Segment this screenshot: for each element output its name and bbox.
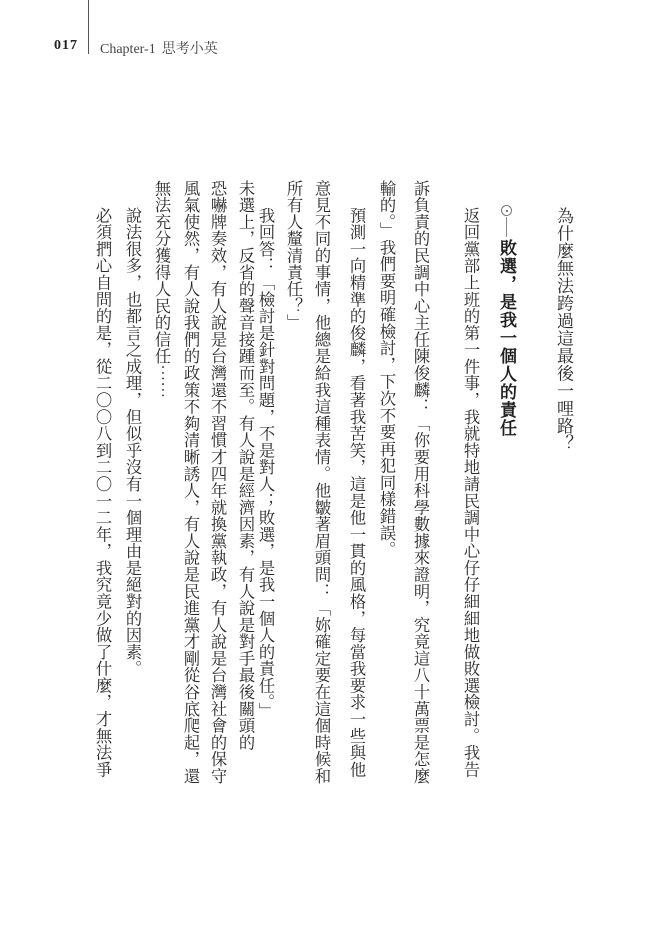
chapter-label: Chapter-1 bbox=[100, 42, 156, 57]
section-title: 為什麼無法跨過這最後一哩路？ bbox=[552, 207, 574, 452]
page-header: 017 Chapter-1思考小英 bbox=[0, 0, 663, 70]
body-column: 輸的。」我們要明確檢討，下次不要再犯同樣錯誤。 bbox=[376, 180, 396, 558]
body-column: 返回黨部上班的第一件事，我就特地請民調中心仔仔細細地做敗選檢討。我告 bbox=[460, 207, 480, 778]
body-column: 無法充分獲得人民的信任⋯⋯ bbox=[151, 180, 171, 398]
body-column: 恐嚇牌奏效，有人說是台灣還不習慣才四年就換黨執政，有人說是台灣社會的保守 bbox=[207, 180, 227, 784]
circle-bullet-icon bbox=[501, 205, 512, 216]
body-column: 意見不同的事情，他總是給我這種表情。他皺著眉頭問：「妳確定要在這個時候和 bbox=[311, 180, 331, 784]
section-heading-block: 敗選，是我一個人的責任 bbox=[494, 205, 524, 405]
heading-connector-line bbox=[506, 217, 507, 237]
body-column: 風氣使然，有人說我們的政策不夠清晰誘人，有人說是民進黨才剛從谷底爬起，還 bbox=[180, 180, 200, 784]
chapter-title: 思考小英 bbox=[162, 42, 218, 57]
running-head: Chapter-1思考小英 bbox=[100, 38, 218, 58]
header-divider bbox=[88, 0, 89, 54]
body-column: 必須捫心自問的是，從二〇〇八到二〇一二年，我究竟少做了什麼，才無法爭 bbox=[92, 207, 112, 778]
section-heading: 敗選，是我一個人的責任 bbox=[494, 239, 518, 437]
body-column: 所有人釐清責任？」 bbox=[283, 180, 303, 331]
page-number: 017 bbox=[54, 38, 78, 54]
body-column: 未選上，反省的聲音接踵而至。有人說是經濟因素，有人說是對手最後關頭的 bbox=[235, 180, 255, 751]
body-column: 說法很多，也都言之成理，但似乎沒有一個理由是絕對的因素。 bbox=[122, 207, 142, 677]
body-column: 預測一向精準的俊麟，看著我苦笑，這是他一貫的風格，每當我要求一些與他 bbox=[346, 207, 366, 778]
body-column: 訴負責的民調中心主任陳俊麟：「你要用科學數據來證明，究竟這八十萬票是怎麼 bbox=[410, 180, 430, 784]
body-column: 我回答：「檢討是針對問題，不是對人；敗選，是我一個人的責任。」 bbox=[255, 207, 275, 719]
